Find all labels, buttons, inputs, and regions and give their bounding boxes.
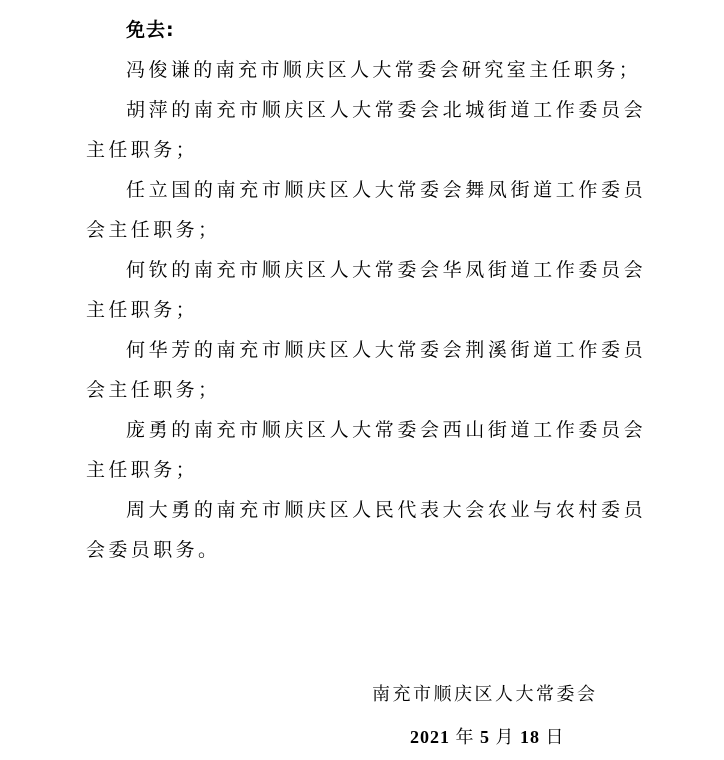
dismissal-item: 胡萍的南充市顺庆区人大常委会北城街道工作委员会主任职务； — [86, 90, 646, 170]
date-year: 2021 — [410, 727, 450, 747]
dismissal-item: 庞勇的南充市顺庆区人大常委会西山街道工作委员会主任职务； — [86, 410, 646, 490]
date-month: 5 — [480, 727, 490, 747]
document-body: 免去: 冯俊谦的南充市顺庆区人大常委会研究室主任职务； 胡萍的南充市顺庆区人大常… — [86, 10, 646, 570]
date-year-char: 年 — [456, 727, 475, 748]
date-day: 18 — [520, 727, 540, 747]
issuer-signature: 南充市顺庆区人大常委会 — [372, 678, 598, 712]
dismissal-item: 任立国的南充市顺庆区人大常委会舞凤街道工作委员会主任职务； — [86, 170, 646, 250]
dismissal-item: 何钦的南充市顺庆区人大常委会华凤街道工作委员会主任职务； — [86, 250, 646, 330]
dismissal-item: 何华芳的南充市顺庆区人大常委会荆溪街道工作委员会主任职务； — [86, 330, 646, 410]
issue-date: 2021 年 5 月 18 日 — [410, 720, 565, 755]
date-day-char: 日 — [546, 727, 565, 748]
dismissal-item: 周大勇的南充市顺庆区人民代表大会农业与农村委员会委员职务。 — [86, 490, 646, 570]
date-month-char: 月 — [496, 727, 515, 748]
dismissal-item: 冯俊谦的南充市顺庆区人大常委会研究室主任职务； — [86, 50, 646, 90]
section-heading: 免去: — [86, 10, 646, 50]
